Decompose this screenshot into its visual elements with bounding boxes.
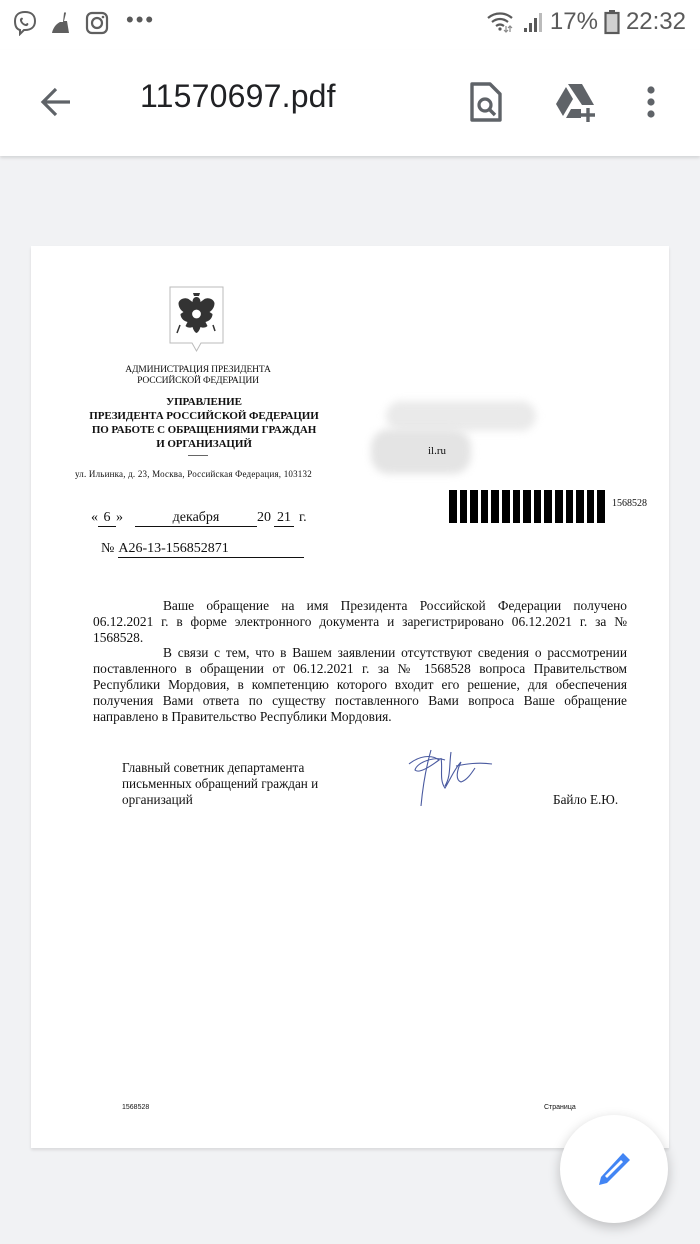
- header-divider: [188, 455, 208, 456]
- date-year-mark: г.: [299, 510, 307, 526]
- date-quote-open: «: [91, 510, 98, 526]
- redacted-email-blur: [371, 429, 471, 474]
- cleaner-broom-icon: [48, 10, 74, 36]
- date-month: декабря: [135, 510, 257, 527]
- letter-body: Ваше обращение на имя Президента Российс…: [93, 598, 627, 724]
- clock: 22:32: [626, 8, 686, 36]
- signer-title-line-3: организаций: [122, 792, 342, 808]
- signature-image: [401, 744, 501, 810]
- document-date: « 6 » декабря 20 21 г.: [91, 510, 307, 527]
- dept-line-3: ПО РАБОТЕ С ОБРАЩЕНИЯМИ ГРАЖДАН: [59, 423, 349, 437]
- more-options-button[interactable]: [636, 78, 666, 126]
- back-button[interactable]: [36, 80, 76, 124]
- edit-fab-button[interactable]: [560, 1115, 668, 1223]
- sender-address: ул. Ильинка, д. 23, Москва, Российская Ф…: [75, 469, 312, 479]
- footer-page-label: Страница: [544, 1104, 576, 1111]
- russian-coat-of-arms-icon: [168, 285, 225, 357]
- footer-number: 1568528: [122, 1104, 149, 1111]
- redacted-recipient-blur: [386, 401, 536, 431]
- more-notifications-icon: •••: [126, 7, 155, 33]
- paragraph-2: В связи с тем, что в Вашем заявлении отс…: [93, 645, 627, 724]
- viber-icon: [12, 10, 38, 36]
- admin-line-2: РОССИЙСКОЙ ФЕДЕРАЦИИ: [96, 375, 300, 386]
- dept-line-2: ПРЕЗИДЕНТА РОССИЙСКОЙ ФЕДЕРАЦИИ: [59, 409, 349, 423]
- signer-title-line-2: письменных обращений граждан и: [122, 776, 342, 792]
- signer-name: Байло Е.Ю.: [553, 792, 618, 808]
- battery-icon: [604, 9, 620, 35]
- barcode-number: 1568528: [612, 498, 647, 509]
- date-year-prefix: 20: [257, 510, 271, 526]
- wifi-icon: [486, 10, 516, 34]
- barcode: [449, 490, 605, 523]
- back-arrow-icon: [36, 80, 76, 124]
- add-to-drive-button[interactable]: [552, 78, 596, 126]
- department-header: УПРАВЛЕНИЕ ПРЕЗИДЕНТА РОССИЙСКОЙ ФЕДЕРАЦ…: [59, 395, 349, 451]
- admin-line-1: АДМИНИСТРАЦИЯ ПРЕЗИДЕНТА: [96, 364, 300, 375]
- paragraph-1: Ваше обращение на имя Президента Российс…: [93, 598, 627, 645]
- pdf-page: АДМИНИСТРАЦИЯ ПРЕЗИДЕНТА РОССИЙСКОЙ ФЕДЕ…: [31, 246, 669, 1148]
- more-vert-icon: [636, 78, 666, 126]
- edit-pencil-icon: [594, 1149, 634, 1189]
- date-day: 6: [98, 510, 116, 527]
- find-in-page-icon: [464, 78, 508, 126]
- instagram-icon: [84, 10, 110, 36]
- document-number: № А26-13-156852871: [101, 541, 304, 558]
- date-year-suffix: 21: [274, 510, 294, 527]
- administration-header: АДМИНИСТРАЦИЯ ПРЕЗИДЕНТА РОССИЙСКОЙ ФЕДЕ…: [96, 364, 300, 386]
- date-quote-close: »: [116, 510, 123, 526]
- find-in-document-button[interactable]: [464, 78, 508, 126]
- drive-add-icon: [552, 78, 600, 126]
- recipient-email: il.ru: [428, 445, 446, 457]
- document-title: 11570697.pdf: [140, 78, 336, 115]
- dept-line-1: УПРАВЛЕНИЕ: [59, 395, 349, 409]
- dept-line-4: И ОРГАНИЗАЦИЙ: [59, 437, 349, 451]
- signer-title-line-1: Главный советник департамента: [122, 760, 342, 776]
- app-bar: 11570697.pdf: [0, 50, 700, 156]
- signer-title: Главный советник департамента письменных…: [122, 760, 342, 808]
- signal-icon: [522, 10, 544, 34]
- number-sign: №: [101, 541, 114, 557]
- battery-percent: 17%: [550, 8, 598, 36]
- status-bar: ••• 17% 22:32: [0, 0, 700, 50]
- document-number-value: А26-13-156852871: [118, 541, 304, 558]
